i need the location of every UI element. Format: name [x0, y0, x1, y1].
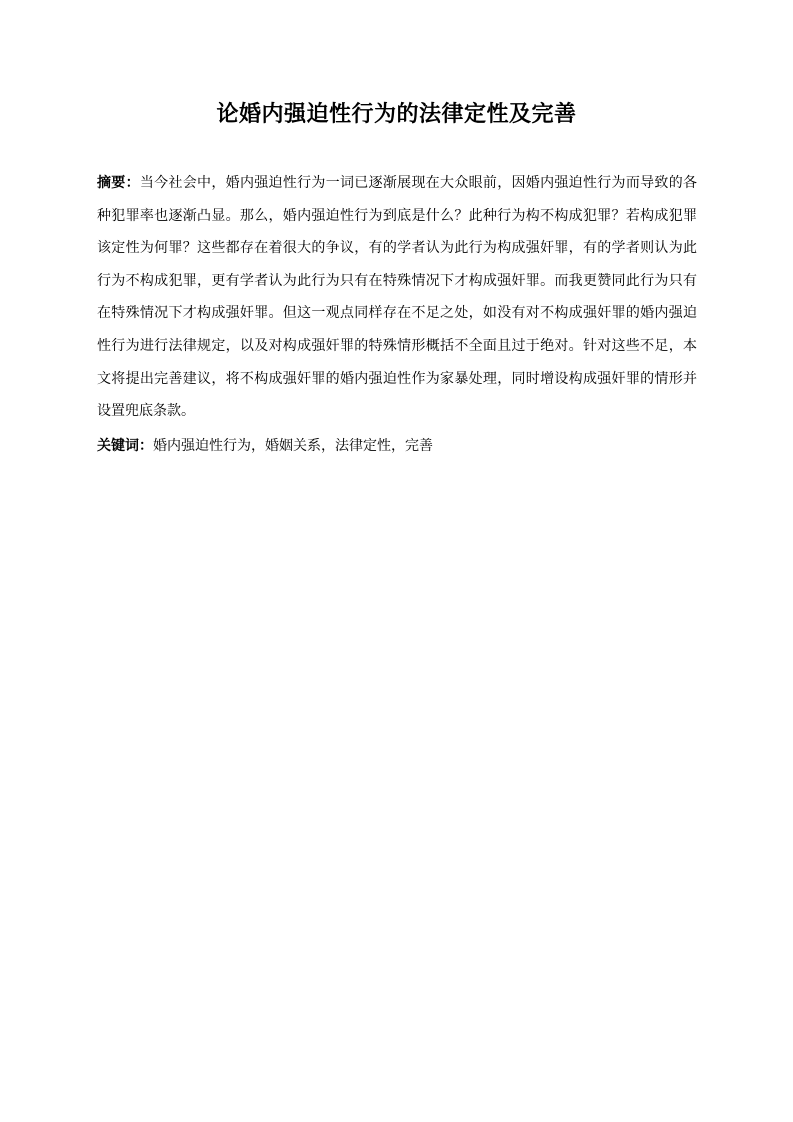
- abstract-line: 该定性为何罪？这些都存在着很大的争议，有的学者认为此行为构成强奸罪，有的学者则认…: [97, 233, 697, 266]
- abstract-label: 摘要：: [97, 174, 140, 190]
- document-page: 论婚内强迫性行为的法律定性及完善 摘要：当今社会中，婚内强迫性行为一词已逐渐展现…: [0, 0, 793, 1122]
- keywords-label: 关键词：: [97, 437, 153, 453]
- keywords-line: 关键词：婚内强迫性行为，婚姻关系，法律定性，完善: [97, 429, 697, 464]
- abstract-line: 摘要：当今社会中，婚内强迫性行为一词已逐渐展现在大众眼前，因婚内强迫性行为而导致…: [97, 166, 697, 201]
- abstract-line: 行为不构成犯罪，更有学者认为此行为只有在特殊情况下才构成强奸罪。而我更赞同此行为…: [97, 266, 697, 299]
- abstract-line: 文将提出完善建议，将不构成强奸罪的婚内强迫性作为家暴处理，同时增设构成强奸罪的情…: [97, 364, 697, 397]
- document-body: 摘要：当今社会中，婚内强迫性行为一词已逐渐展现在大众眼前，因婚内强迫性行为而导致…: [97, 166, 697, 463]
- abstract-line: 性行为进行法律规定，以及对构成强奸罪的特殊情形概括不全面且过于绝对。针对这些不足…: [97, 331, 697, 364]
- abstract-line: 种犯罪率也逐渐凸显。那么，婚内强迫性行为到底是什么？此种行为构不构成犯罪？若构成…: [97, 201, 697, 234]
- abstract-line-text: 当今社会中，婚内强迫性行为一词已逐渐展现在大众眼前，因婚内强迫性行为而导致的各: [140, 176, 697, 191]
- abstract-line: 在特殊情况下才构成强奸罪。但这一观点同样存在不足之处，如没有对不构成强奸罪的婚内…: [97, 298, 697, 331]
- abstract-line: 设置兜底条款。: [97, 396, 697, 429]
- document-title: 论婚内强迫性行为的法律定性及完善: [96, 99, 697, 129]
- keywords-text: 婚内强迫性行为，婚姻关系，法律定性，完善: [153, 439, 433, 454]
